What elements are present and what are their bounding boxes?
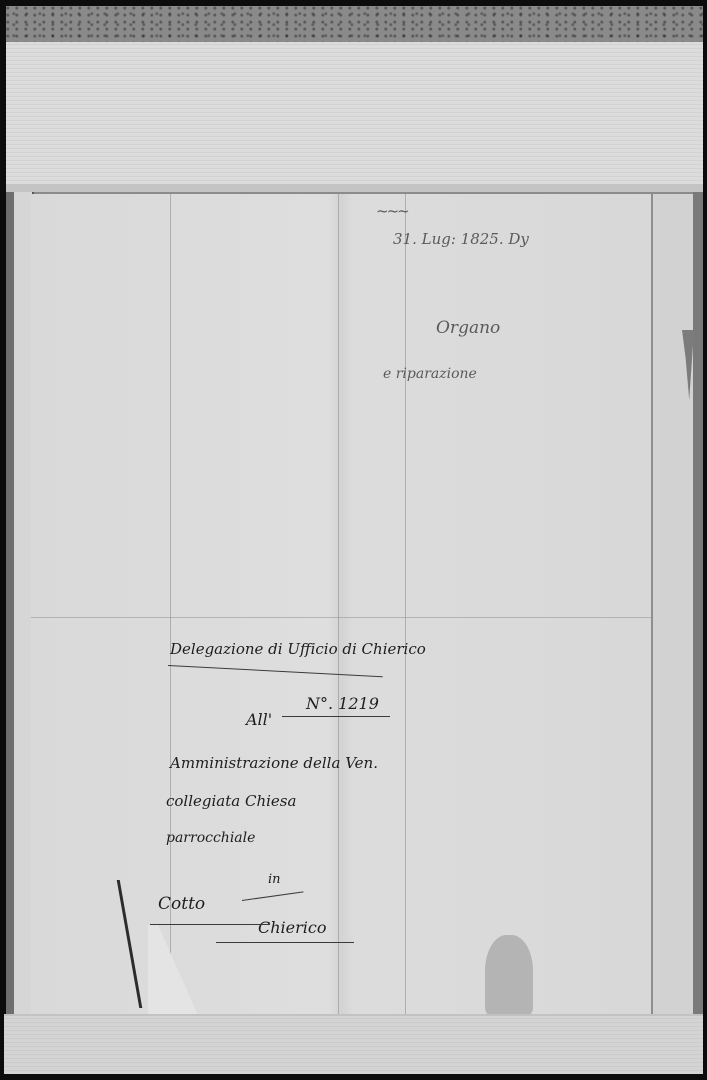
right-paper-flap: [651, 194, 695, 1016]
seal-stain: [485, 935, 533, 1015]
fold-line-vertical: [170, 194, 171, 1016]
underline-rule: [282, 716, 390, 717]
pencil-scribble: ~~~: [376, 202, 408, 220]
top-mounting-board: [6, 42, 703, 186]
fold-line-horizontal: [31, 617, 651, 618]
top-board-edge: [6, 184, 703, 193]
underline-rule: [216, 942, 354, 943]
pencil-subject-organo: Organo: [436, 318, 500, 338]
addressee-line-3: parrocchiale: [166, 830, 255, 846]
bottom-mounting-board: [4, 1016, 703, 1074]
addressee-line-1: Amministrazione della Ven.: [170, 754, 378, 772]
addressee-place-2: Chierico: [258, 918, 327, 937]
fold-line-vertical: [405, 194, 406, 1016]
underline-rule: [150, 924, 270, 925]
addressee-in: in: [268, 872, 281, 887]
address-header-line: Delegazione di Ufficio di Chierico: [170, 640, 426, 658]
pencil-subject-riparazione: e riparazione: [383, 366, 477, 382]
right-shadow-strip: [693, 192, 703, 1017]
addressee-place: Cotto: [158, 894, 205, 914]
addressee-line-2: collegiata Chiesa: [166, 792, 296, 810]
pencil-date-note: 31. Lug: 1825. Dy: [393, 230, 529, 248]
fold-line-vertical: [338, 194, 339, 1016]
protocol-number: N°. 1219: [306, 694, 379, 713]
salutation: All': [246, 710, 272, 729]
